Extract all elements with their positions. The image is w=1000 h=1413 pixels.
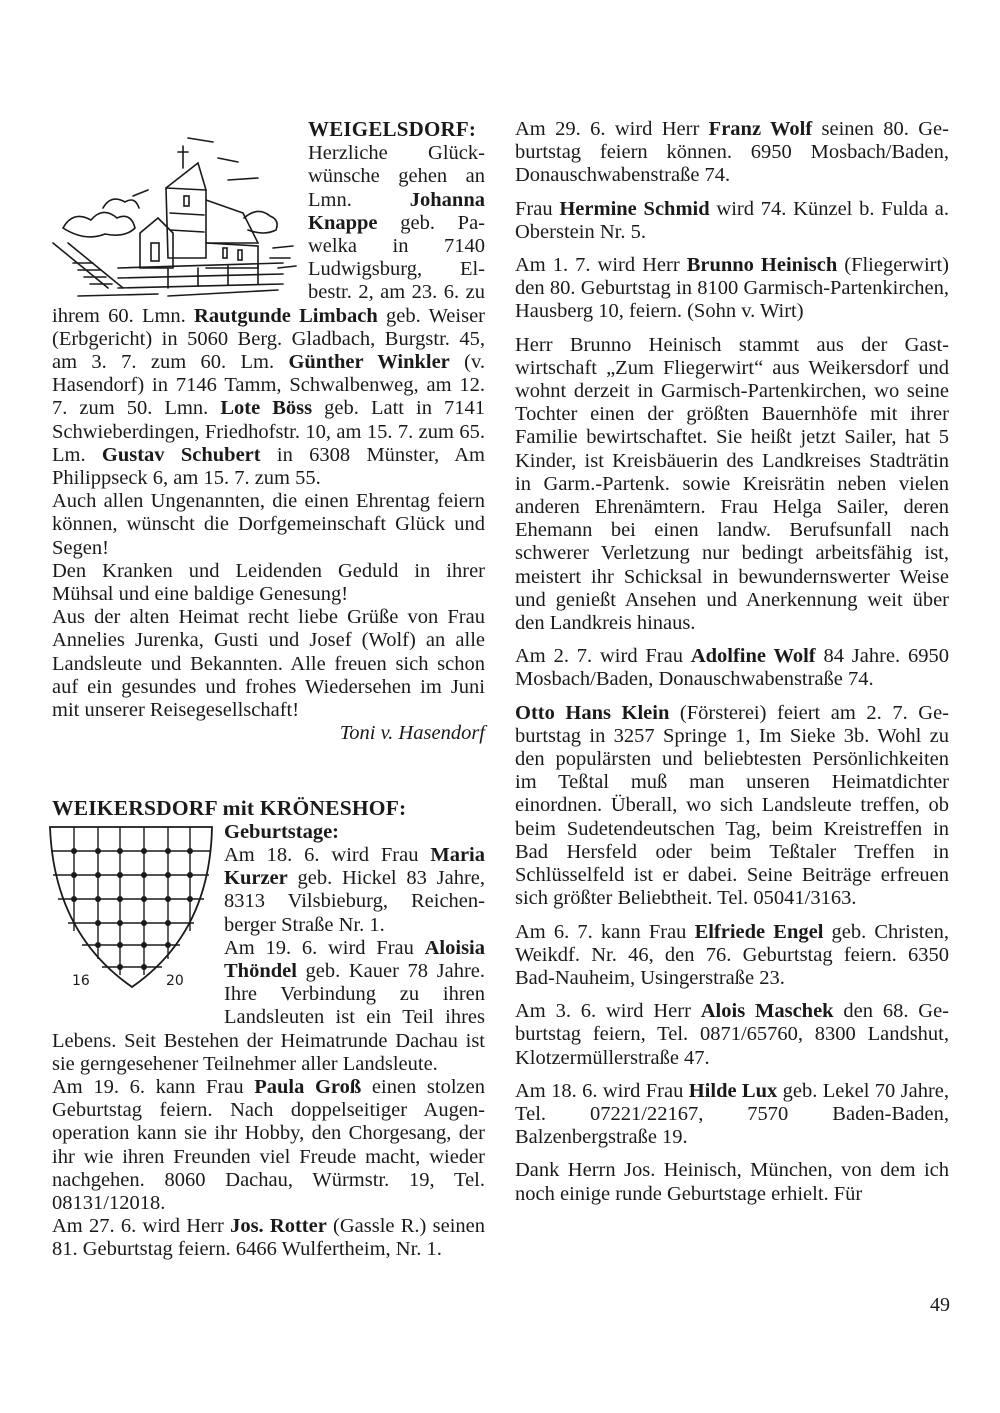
greetings-paragraph: Aus der alten Heimat recht liebe Grüße v… [52, 606, 485, 722]
birthday-entry: Am 2. 7. wird Frau Adolfine Wolf 84 Jahr… [515, 645, 949, 691]
birthday-entry: Am 3. 6. wird Herr Alois Maschek den 68.… [515, 1000, 949, 1070]
person-name: Elfriede Engel [695, 921, 824, 943]
right-column: Am 29. 6. wird Herr Franz Wolf seinen 80… [515, 118, 949, 1206]
page-number: 49 [930, 1294, 950, 1317]
birthday-entry: Am 29. 6. wird Herr Franz Wolf seinen 80… [515, 118, 949, 188]
left-column: WEIGELSDORF: Herzliche Glück­wünsche geh… [52, 118, 485, 1262]
thanks-paragraph: Dank Herrn Jos. Heinisch, München, von d… [515, 1159, 949, 1205]
person-name: Paula Groß [254, 1076, 361, 1098]
birthday-entry: Am 6. 7. kann Frau Elfriede Engel geb. C… [515, 921, 949, 991]
person-name: Brunno Heinisch [687, 254, 838, 276]
person-name: Rautgunde Limbach [194, 305, 378, 327]
birthday-entry: Frau Hermine Schmid wird 74. Künzel b. F… [515, 198, 949, 244]
biography-paragraph: Herr Brunno Heinisch stammt aus der Gast… [515, 334, 949, 636]
weikersdorf-heading: WEIKERSDORF mit KRÖNESHOF: [52, 797, 485, 820]
person-name: Jos. Rotter [230, 1215, 327, 1237]
person-name: Gustav Schubert [102, 444, 261, 466]
get-well-paragraph: Den Kranken und Leidenden Geduld in ihre… [52, 560, 485, 606]
birthday-entry: Am 27. 6. wird Herr Jos. Rotter (Gassle … [52, 1215, 485, 1261]
person-name: Hilde Lux [689, 1080, 778, 1102]
svg-text:16: 16 [72, 973, 90, 989]
signature: Toni v. Hasendorf [52, 722, 485, 745]
weigelsdorf-heading: WEIGELSDORF: [308, 117, 476, 141]
birthday-entry: Am 1. 7. wird Herr Brunno Heinisch (Flie… [515, 254, 949, 324]
coat-of-arms-icon: 16 20 [48, 823, 216, 1007]
birthday-entry: Otto Hans Klein (Försterei) feiert am 2.… [515, 702, 949, 911]
person-name: Otto Hans Klein [515, 702, 669, 724]
person-name: Günther Winkler [288, 351, 449, 373]
person-name: Lote Böss [220, 397, 312, 419]
person-name: Hermine Schmid [559, 198, 709, 220]
church-illustration-icon [48, 118, 298, 303]
wishes-paragraph: Auch allen Ungenannten, die einen Ehrent… [52, 490, 485, 560]
birthday-entry: Am 18. 6. wird Frau Hilde Lux geb. Lekel… [515, 1080, 949, 1150]
svg-text:20: 20 [166, 973, 184, 989]
birthday-entry: Am 19. 6. kann Frau Paula Groß einen sto… [52, 1076, 485, 1215]
person-name: Alois Maschek [701, 1000, 834, 1022]
person-name: Adolfine Wolf [691, 645, 816, 667]
person-name: Franz Wolf [709, 118, 813, 140]
